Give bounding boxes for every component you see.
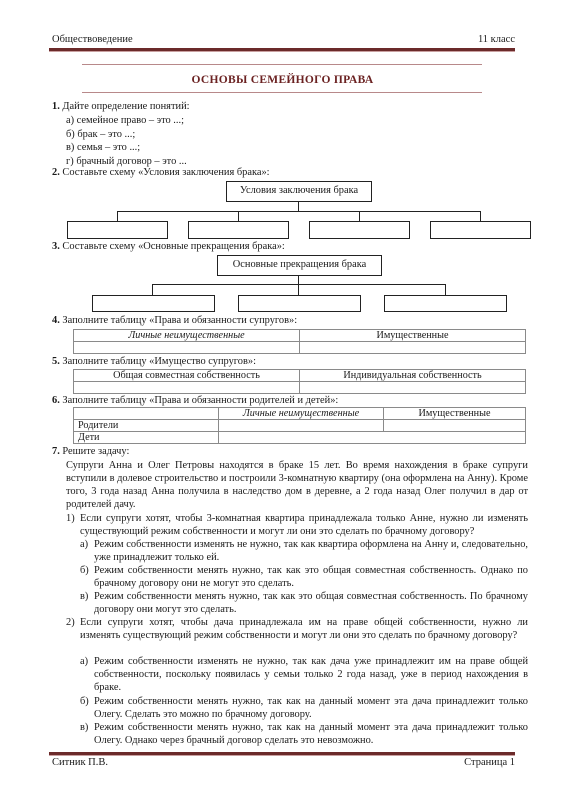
task-2-heading: 2. Составьте схему «Условия заключения б… bbox=[52, 167, 270, 178]
table-cell[interactable] bbox=[74, 342, 300, 354]
schema-child-box[interactable] bbox=[238, 295, 361, 312]
task-text: Заполните таблицу «Права и обязанности с… bbox=[62, 315, 297, 326]
schema-child-box[interactable] bbox=[67, 221, 168, 239]
table-cell[interactable] bbox=[219, 420, 384, 432]
task-text: Составьте схему «Основные прекращения бр… bbox=[62, 241, 284, 252]
schema-child-box[interactable] bbox=[188, 221, 289, 239]
task-number: 6. bbox=[52, 395, 60, 406]
title-rule-top bbox=[82, 64, 482, 65]
column-header: Индивидуальная собственность bbox=[300, 370, 526, 382]
option-text: Режим собственности изменять не нужно, т… bbox=[94, 539, 528, 563]
column-header bbox=[74, 408, 219, 420]
task-number: 4. bbox=[52, 315, 60, 326]
task-4-heading: 4. Заполните таблицу «Права и обязанност… bbox=[52, 315, 297, 326]
table-cell[interactable] bbox=[384, 420, 526, 432]
column-header: Имущественные bbox=[300, 330, 526, 342]
option-letter: а) bbox=[80, 538, 88, 551]
schema-connector bbox=[298, 202, 299, 211]
schema-connector bbox=[480, 211, 481, 221]
option-text: Режим собственности менять нужно, так ка… bbox=[94, 591, 528, 615]
footer-rule bbox=[49, 752, 515, 756]
task-number: 3. bbox=[52, 241, 60, 252]
option-text: Режим собственности менять нужно, так ка… bbox=[94, 722, 528, 746]
question-2: 2) Если супруги хотят, чтобы дача принад… bbox=[66, 616, 528, 642]
schema-connector bbox=[117, 211, 481, 212]
row-header: Родители bbox=[74, 420, 219, 432]
task-text: Решите задачу: bbox=[62, 446, 129, 457]
option-letter: б) bbox=[80, 695, 89, 708]
column-header: Личные неимущественные bbox=[219, 408, 384, 420]
header-rule bbox=[49, 48, 515, 52]
definition-item: в) семья – это ...; bbox=[66, 142, 140, 153]
table-cell[interactable] bbox=[219, 432, 526, 444]
table-cell[interactable] bbox=[300, 382, 526, 394]
option-letter: а) bbox=[80, 655, 88, 668]
task-number: 5. bbox=[52, 356, 60, 367]
task-number: 7. bbox=[52, 446, 60, 457]
schema-connector bbox=[445, 284, 446, 295]
page-title: ОСНОВЫ СЕМЕЙНОГО ПРАВА bbox=[0, 74, 565, 86]
spouses-property-table: Общая совместная собственность Индивидуа… bbox=[73, 369, 526, 394]
answer-option[interactable]: б) Режим собственности менять нужно, так… bbox=[80, 695, 528, 721]
option-letter: в) bbox=[80, 590, 88, 603]
schema-connector bbox=[238, 211, 239, 221]
title-rule-bottom bbox=[82, 92, 482, 93]
definition-item: б) брак – это ...; bbox=[66, 129, 135, 140]
question-text: Если супруги хотят, чтобы 3-комнатная кв… bbox=[80, 513, 528, 537]
task-3-heading: 3. Составьте схему «Основные прекращения… bbox=[52, 241, 285, 252]
option-letter: б) bbox=[80, 564, 89, 577]
answer-option[interactable]: а) Режим собственности изменять не нужно… bbox=[80, 655, 528, 694]
task-number: 2. bbox=[52, 167, 60, 178]
question-1: 1) Если супруги хотят, чтобы 3-комнатная… bbox=[66, 512, 528, 538]
footer-author: Ситник П.В. bbox=[52, 757, 108, 768]
task-text: Составьте схему «Условия заключения брак… bbox=[62, 167, 269, 178]
option-text: Режим собственности менять нужно, так ка… bbox=[94, 696, 528, 720]
task-5-heading: 5. Заполните таблицу «Имущество супругов… bbox=[52, 356, 256, 367]
schema-child-box[interactable] bbox=[430, 221, 531, 239]
task-7-heading: 7. Решите задачу: bbox=[52, 446, 129, 457]
header-grade: 11 класс bbox=[478, 34, 515, 45]
task-text: Заполните таблицу «Права и обязанности р… bbox=[62, 395, 338, 406]
spouses-rights-table: Личные неимущественные Имущественные bbox=[73, 329, 526, 354]
answer-option[interactable]: б) Режим собственности менять нужно, так… bbox=[80, 564, 528, 590]
task-text: Дайте определение понятий: bbox=[62, 101, 189, 112]
answer-option[interactable]: а) Режим собственности изменять не нужно… bbox=[80, 538, 528, 564]
option-text: Режим собственности изменять не нужно, т… bbox=[94, 656, 528, 693]
task-1-heading: 1. Дайте определение понятий: bbox=[52, 101, 190, 112]
footer-page-number: Страница 1 bbox=[464, 757, 515, 768]
answer-option[interactable]: в) Режим собственности менять нужно, так… bbox=[80, 590, 528, 616]
table-cell[interactable] bbox=[74, 382, 300, 394]
definition-item: а) семейное право – это ...; bbox=[66, 115, 184, 126]
option-text: Режим собственности менять нужно, так ка… bbox=[94, 565, 528, 589]
definition-item: г) брачный договор – это ... bbox=[66, 156, 187, 167]
column-header: Имущественные bbox=[384, 408, 526, 420]
schema-connector bbox=[298, 284, 299, 295]
schema-child-box[interactable] bbox=[92, 295, 215, 312]
header-subject: Обществоведение bbox=[52, 34, 133, 45]
row-header: Дети bbox=[74, 432, 219, 444]
table-cell[interactable] bbox=[300, 342, 526, 354]
schema-child-box[interactable] bbox=[384, 295, 507, 312]
question-number: 1) bbox=[66, 512, 75, 525]
schema-root-box: Основные прекращения брака bbox=[217, 255, 382, 276]
schema-child-box[interactable] bbox=[309, 221, 410, 239]
question-text: Если супруги хотят, чтобы дача принадлеж… bbox=[80, 617, 528, 641]
schema-root-box: Условия заключения брака bbox=[226, 181, 372, 202]
schema-connector bbox=[117, 211, 118, 221]
schema-connector bbox=[359, 211, 360, 221]
task-text: Заполните таблицу «Имущество супругов»: bbox=[62, 356, 256, 367]
option-letter: в) bbox=[80, 721, 88, 734]
parents-children-table: Личные неимущественные Имущественные Род… bbox=[73, 407, 526, 444]
answer-option[interactable]: в) Режим собственности менять нужно, так… bbox=[80, 721, 528, 747]
problem-story: Супруги Анна и Олег Петровы находятся в … bbox=[66, 459, 528, 511]
task-6-heading: 6. Заполните таблицу «Права и обязанност… bbox=[52, 395, 338, 406]
column-header: Личные неимущественные bbox=[74, 330, 300, 342]
schema-connector bbox=[152, 284, 153, 295]
question-number: 2) bbox=[66, 616, 75, 629]
column-header: Общая совместная собственность bbox=[74, 370, 300, 382]
task-number: 1. bbox=[52, 101, 60, 112]
